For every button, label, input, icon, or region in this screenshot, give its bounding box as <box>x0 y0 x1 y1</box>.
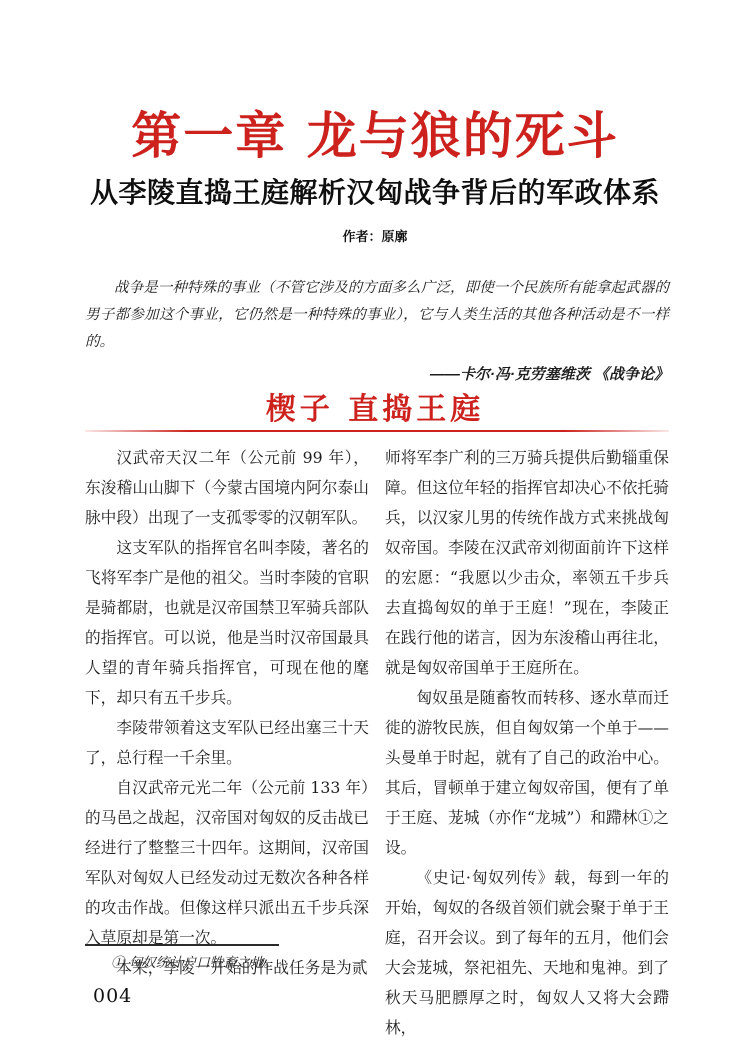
paragraph: 李陵带领着这支军队已经出塞三十天了，总行程一千余里。 <box>85 713 369 773</box>
author-line: 作者：原廓 <box>0 226 750 245</box>
section-divider-rule <box>85 430 669 432</box>
paragraph: 匈奴虽是随畜牧而转移、逐水草而迁徙的游牧民族，但自匈奴第一个单于——头曼单于时起… <box>385 683 669 863</box>
paragraph: 汉武帝天汉二年（公元前 99 年），东浚稽山山脚下（今蒙古国境内阿尔泰山脉中段）… <box>85 443 369 533</box>
book-page: 第一章 龙与狼的死斗 从李陵直捣王庭解析汉匈战争背后的军政体系 作者：原廓 战争… <box>0 0 750 1055</box>
paragraph-continuation: 师将军李广利的三万骑兵提供后勤辎重保障。但这位年轻的指挥官却决心不依托骑兵，以汉… <box>385 443 669 683</box>
chapter-subtitle: 从李陵直捣王庭解析汉匈战争背后的军政体系 <box>0 171 750 211</box>
paragraph: 这支军队的指挥官名叫李陵，著名的飞将军李广是他的祖父。当时李陵的官职是骑都尉，也… <box>85 533 369 713</box>
page-number: 004 <box>93 985 132 1007</box>
paragraph: 《史记·匈奴列传》载，每到一年的开始，匈奴的各级首领们就会聚于单于王庭，召开会议… <box>385 863 669 1043</box>
chapter-title: 第一章 龙与狼的死斗 <box>0 96 750 168</box>
right-column: 师将军李广利的三万骑兵提供后勤辎重保障。但这位年轻的指挥官却决心不依托骑兵，以汉… <box>385 443 669 1043</box>
footnote-divider-rule <box>85 944 279 946</box>
section-heading: 楔子 直捣王庭 <box>0 384 750 428</box>
epigraph-text: 战争是一种特殊的事业（不管它涉及的方面多么广泛，即使一个民族所有能拿起武器的男子… <box>85 275 669 356</box>
paragraph: 自汉武帝元光二年（公元前 133 年）的马邑之战起，汉帝国对匈奴的反击战已经进行… <box>85 773 369 953</box>
epigraph: 战争是一种特殊的事业（不管它涉及的方面多么广泛，即使一个民族所有能拿起武器的男子… <box>85 275 669 388</box>
footnote: ① 匈奴统计户口牲畜之地。 <box>85 952 411 974</box>
